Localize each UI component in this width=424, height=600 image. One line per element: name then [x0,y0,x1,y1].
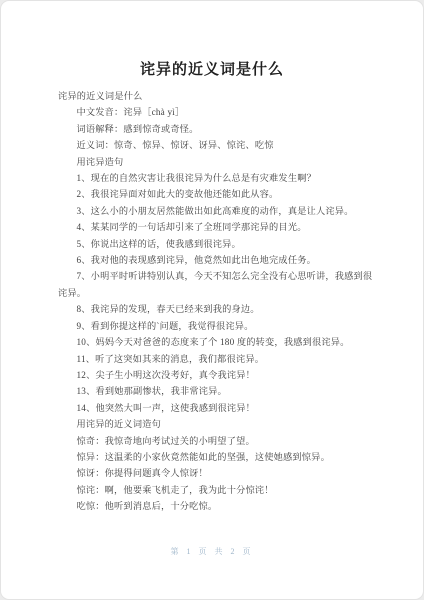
subtitle: 诧异的近义词是什么 [58,88,377,104]
doc-body: 诧异的近义词是什么 中文发音：诧异［chà yì］ 词语解释：感到惊奇或奇怪。 … [1,78,423,515]
example-sentence-14: 14、他突然大叫一声，这使我感到很诧异！ [58,400,377,416]
example-sentence-2: 2、我很诧异面对如此大的变故他还能如此从容。 [58,186,377,202]
example-sentence-7: 7、小明平时听讲特别认真，今天不知怎么完全没有心思听讲，我感到很诧异。 [58,268,377,301]
example-sentence-9: 9、看到你提这样的`问题，我觉得很诧异。 [58,318,377,334]
synonym-sentence-jingya: 惊讶：你提得问题真令人惊讶！ [58,465,377,481]
example-sentence-5: 5、你说出这样的话，使我感到很诧异。 [58,236,377,252]
section-heading-usage: 用诧异造句 [58,154,377,170]
page-number-indicator: 第 1 页 共 2 页 [171,547,254,556]
example-sentence-4: 4、某某同学的一句话却引来了全班同学那诧异的目光。 [58,219,377,235]
page-footer: 第 1 页 共 2 页 [1,541,423,559]
example-sentence-10: 10、妈妈今天对爸爸的态度来了个 180 度的转变，我感到很诧异。 [58,334,377,350]
synonym-sentence-jingyi: 惊异：这温柔的小家伙竟然能如此的坚强，这使她感到惊异。 [58,449,377,465]
definition-line: 词语解释：感到惊奇或奇怪。 [58,121,377,137]
example-sentence-8: 8、我诧异的发现，春天已经来到我的身边。 [58,301,377,317]
pronunciation-line: 中文发音：诧异［chà yì］ [58,104,377,120]
example-sentence-13: 13、看到她那副惨状，我非常诧异。 [58,383,377,399]
synonyms-line: 近义词：惊奇、惊异、惊讶、讶异、惊诧、吃惊 [58,137,377,153]
document-page: 诧异的近义词是什么 诧异的近义词是什么 中文发音：诧异［chà yì］ 词语解释… [0,0,424,600]
example-sentence-6: 6、我对他的表现感到诧异，他竟然如此出色地完成任务。 [58,252,377,268]
example-sentence-12: 12、尖子生小明这次没考好，真令我诧异！ [58,367,377,383]
example-sentence-1: 1、现在的自然灾害让我很诧异为什么总是有灾难发生啊？ [58,170,377,186]
example-sentence-3: 3、这么小的小朋友居然能做出如此高难度的动作，真是让人诧异。 [58,203,377,219]
doc-title: 诧异的近义词是什么 [1,1,423,78]
example-sentence-11: 11、听了这突如其来的消息，我们都很诧异。 [58,351,377,367]
synonym-sentence-jingcha: 惊诧：啊，他要乘飞机走了，我为此十分惊诧！ [58,482,377,498]
synonym-sentence-jingqi: 惊奇：我惊奇地向考试过关的小明望了望。 [58,433,377,449]
synonym-sentence-chijing: 吃惊：他听到消息后，十分吃惊。 [58,498,377,514]
section-heading-synonym-usage: 用诧异的近义词造句 [58,416,377,432]
